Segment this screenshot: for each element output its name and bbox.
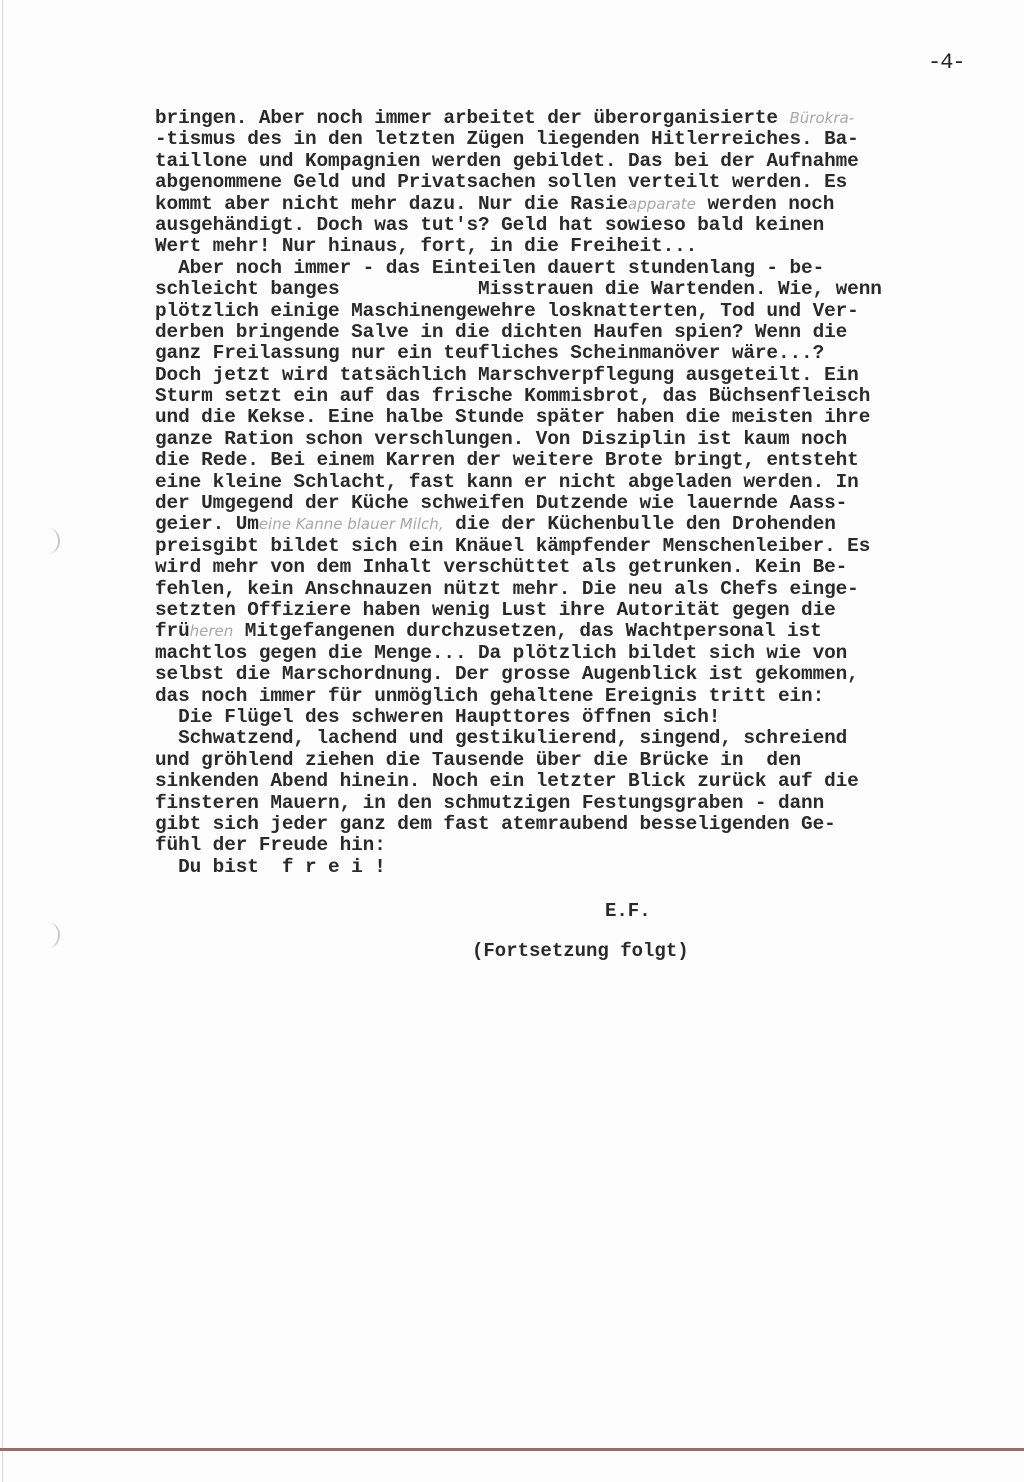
punch-hole-mark [36, 922, 60, 948]
typed-text: Aber noch immer - das Einteilen dauert s… [155, 257, 824, 279]
typed-text: frü [155, 620, 190, 642]
typewritten-body: bringen. Aber noch immer arbeitet der üb… [155, 108, 985, 878]
typed-text: und gröhlend ziehen die Tausende über di… [155, 749, 801, 771]
typed-text: -tismus des in den letzten Zügen liegend… [155, 128, 859, 150]
typed-text: fühl der Freude hin: [155, 834, 386, 856]
text-line: selbst die Marschordnung. Der grosse Aug… [155, 664, 985, 685]
text-line: bringen. Aber noch immer arbeitet der üb… [155, 108, 985, 129]
text-line: ganz Freilassung nur ein teufliches Sche… [155, 343, 985, 364]
text-line: und die Kekse. Eine halbe Stunde später … [155, 407, 985, 428]
typed-text: preisgibt bildet sich ein Knäuel kämpfen… [155, 535, 870, 557]
punch-hole-mark [36, 528, 60, 554]
typed-text: werden noch [696, 193, 834, 215]
text-line: Die Flügel des schweren Haupttores öffne… [155, 707, 985, 728]
continuation-note: (Fortsetzung folgt) [472, 940, 689, 962]
text-line: taillone und Kompagnien werden gebildet.… [155, 151, 985, 172]
typed-text: ganze Ration schon verschlungen. Von Dis… [155, 428, 847, 450]
typed-text: setzten Offiziere haben wenig Lust ihre … [155, 599, 836, 621]
text-line: der Umgegend der Küche schweifen Dutzend… [155, 493, 985, 514]
text-line: Doch jetzt wird tatsächlich Marschverpfl… [155, 365, 985, 386]
text-line: wird mehr von dem Inhalt verschüttet als… [155, 557, 985, 578]
text-line: setzten Offiziere haben wenig Lust ihre … [155, 600, 985, 621]
text-line: fühl der Freude hin: [155, 835, 985, 856]
text-line: fehlen, kein Anschnauzen nützt mehr. Die… [155, 579, 985, 600]
text-line: gibt sich jeder ganz dem fast atemrauben… [155, 814, 985, 835]
handwritten-insertion: Bürokra- [790, 109, 855, 127]
typed-text: selbst die Marschordnung. Der grosse Aug… [155, 663, 859, 685]
text-line: preisgibt bildet sich ein Knäuel kämpfen… [155, 536, 985, 557]
typed-text: taillone und Kompagnien werden gebildet.… [155, 150, 859, 172]
text-line: Aber noch immer - das Einteilen dauert s… [155, 258, 985, 279]
text-line: finsteren Mauern, in den schmutzigen Fes… [155, 793, 985, 814]
text-line: früheren Mitgefangenen durchzusetzen, da… [155, 621, 985, 642]
text-line: kommt aber nicht mehr dazu. Nur die Rasi… [155, 194, 985, 215]
typed-text: derben bringende Salve in die dichten Ha… [155, 321, 847, 343]
text-line: schleicht banges Misstrauen die Wartende… [155, 279, 985, 300]
text-line: ganze Ration schon verschlungen. Von Dis… [155, 429, 985, 450]
typed-text: Doch jetzt wird tatsächlich Marschverpfl… [155, 364, 859, 386]
typed-text: kommt aber nicht mehr dazu. Nur die Rasi… [155, 193, 628, 215]
text-line: abgenommene Geld und Privatsachen sollen… [155, 172, 985, 193]
author-signature: E.F. [605, 900, 651, 922]
typed-text: Sturm setzt ein auf das frische Kommisbr… [155, 385, 870, 407]
typed-text: wird mehr von dem Inhalt verschüttet als… [155, 556, 847, 578]
typed-text: Die Flügel des schweren Haupttores öffne… [155, 706, 720, 728]
bottom-red-rule [0, 1448, 1024, 1451]
typed-text: plötzlich einige Maschinengewehre loskna… [155, 300, 859, 322]
text-line: die Rede. Bei einem Karren der weitere B… [155, 450, 985, 471]
handwritten-insertion: eine Kanne blauer Milch, [259, 515, 444, 533]
text-line: eine kleine Schlacht, fast kann er nicht… [155, 472, 985, 493]
typed-text: Mitgefangenen durchzusetzen, das Wachtpe… [233, 620, 821, 642]
text-line: geier. Umeine Kanne blauer Milch, die de… [155, 514, 985, 535]
typed-text: bringen. Aber noch immer arbeitet der üb… [155, 107, 790, 129]
typed-text: abgenommene Geld und Privatsachen sollen… [155, 171, 847, 193]
handwritten-insertion: apparate [628, 195, 696, 213]
text-line: Wert mehr! Nur hinaus, fort, in die Frei… [155, 236, 985, 257]
typed-text: finsteren Mauern, in den schmutzigen Fes… [155, 792, 824, 814]
typed-text: sinkenden Abend hinein. Noch ein letzter… [155, 770, 859, 792]
page-number: -4- [928, 50, 965, 75]
text-line: das noch immer für unmöglich gehaltene E… [155, 686, 985, 707]
typed-text: gibt sich jeder ganz dem fast atemrauben… [155, 813, 836, 835]
text-line: machtlos gegen die Menge... Da plötzlich… [155, 643, 985, 664]
text-line: Du bist f r e i ! [155, 857, 985, 878]
text-line: Sturm setzt ein auf das frische Kommisbr… [155, 386, 985, 407]
text-line: ausgehändigt. Doch was tut's? Geld hat s… [155, 215, 985, 236]
typed-text: ganz Freilassung nur ein teufliches Sche… [155, 342, 824, 364]
text-line: derben bringende Salve in die dichten Ha… [155, 322, 985, 343]
typed-text: fehlen, kein Anschnauzen nützt mehr. Die… [155, 578, 859, 600]
typed-text: der Umgegend der Küche schweifen Dutzend… [155, 492, 847, 514]
text-line: -tismus des in den letzten Zügen liegend… [155, 129, 985, 150]
typed-text: und die Kekse. Eine halbe Stunde später … [155, 406, 870, 428]
typed-text: die der Küchenbulle den Drohenden [444, 513, 836, 535]
text-line: und gröhlend ziehen die Tausende über di… [155, 750, 985, 771]
page-edge [2, 0, 3, 1482]
typed-text: das noch immer für unmöglich gehaltene E… [155, 685, 824, 707]
typed-text: ausgehändigt. Doch was tut's? Geld hat s… [155, 214, 824, 236]
typed-text: machtlos gegen die Menge... Da plötzlich… [155, 642, 847, 664]
typed-text: Wert mehr! Nur hinaus, fort, in die Frei… [155, 235, 697, 257]
typed-text: Du bist f r e i ! [155, 856, 386, 878]
text-line: sinkenden Abend hinein. Noch ein letzter… [155, 771, 985, 792]
text-line: plötzlich einige Maschinengewehre loskna… [155, 301, 985, 322]
typed-text: eine kleine Schlacht, fast kann er nicht… [155, 471, 859, 493]
typed-text: Schwatzend, lachend und gestikulierend, … [155, 727, 847, 749]
typed-text: geier. Um [155, 513, 259, 535]
typed-text: schleicht banges Misstrauen die Wartende… [155, 278, 882, 300]
text-line: Schwatzend, lachend und gestikulierend, … [155, 728, 985, 749]
typed-text: die Rede. Bei einem Karren der weitere B… [155, 449, 859, 471]
handwritten-insertion: heren [190, 622, 234, 640]
